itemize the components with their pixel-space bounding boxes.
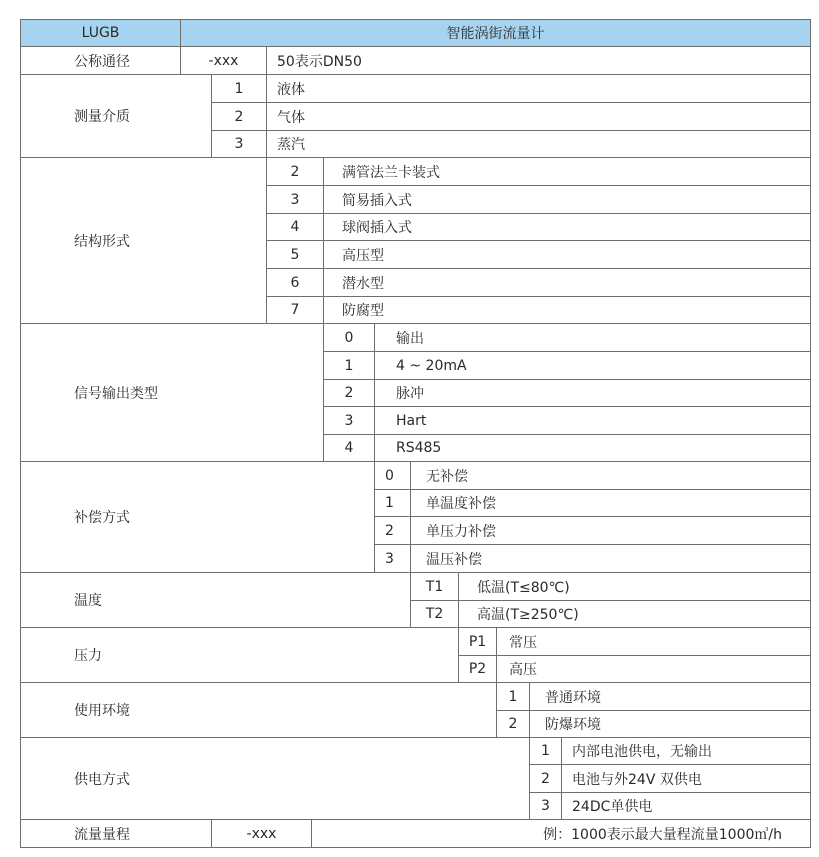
structure-label-cell: 结构形式 (20, 157, 267, 324)
medium-label: 测量介质 (74, 106, 130, 126)
code: 0 (345, 330, 354, 346)
option-text: 单压力补偿 (426, 521, 496, 541)
temperature-code-t2: T2 (410, 600, 459, 628)
flow-range-label-cell: 流量量程 (20, 819, 212, 848)
option-text: 低温(T≤80℃) (477, 577, 570, 597)
compensation-label-cell: 补偿方式 (20, 461, 375, 573)
header-title: 智能涡街流量计 (447, 23, 545, 43)
compensation-option-3: 温压补偿 (410, 544, 811, 573)
environment-option-1: 普通环境 (529, 682, 811, 711)
compensation-option-1: 单温度补偿 (410, 489, 811, 517)
signal-code-4: 4 (323, 434, 375, 462)
code: 2 (235, 109, 244, 125)
signal-output-label-cell: 信号输出类型 (20, 323, 324, 462)
medium-code-3: 3 (211, 130, 267, 158)
option-text: 高压 (509, 659, 537, 679)
environment-code-1: 1 (496, 682, 530, 711)
code: 1 (345, 358, 354, 374)
signal-option-1: 4 ~ 20mA (374, 351, 811, 380)
flow-range-desc: 例：1000表示最大量程流量1000㎥/h (543, 824, 782, 844)
pressure-label: 压力 (74, 645, 102, 665)
signal-option-0: 输出 (374, 323, 811, 352)
power-option-1: 内部电池供电，无输出 (561, 737, 811, 765)
structure-option-7: 防腐型 (323, 296, 811, 324)
structure-code-2: 2 (266, 157, 324, 186)
option-text: 无补偿 (426, 466, 468, 486)
code: 2 (291, 164, 300, 180)
nominal-diameter-desc: 50表示DN50 (277, 51, 362, 71)
option-text: 高温(T≥250℃) (477, 604, 579, 624)
signal-code-3: 3 (323, 406, 375, 435)
structure-option-4: 球阀插入式 (323, 213, 811, 241)
code: 4 (291, 219, 300, 235)
structure-option-5: 高压型 (323, 240, 811, 269)
option-text: 脉冲 (396, 383, 424, 403)
code: 1 (235, 81, 244, 97)
structure-option-3: 简易插入式 (323, 185, 811, 214)
code: 1 (509, 689, 518, 705)
pressure-code-p1: P1 (458, 627, 497, 656)
medium-option-3: 蒸汽 (266, 130, 811, 158)
option-text: 气体 (277, 107, 305, 127)
option-text: 内部电池供电，无输出 (572, 741, 712, 761)
code: 3 (345, 413, 354, 429)
power-supply-label-cell: 供电方式 (20, 737, 530, 820)
temperature-label: 温度 (74, 590, 102, 610)
code: 3 (235, 136, 244, 152)
option-text: 防腐型 (342, 300, 384, 320)
code: 1 (541, 743, 550, 759)
nominal-diameter-label-cell: 公称通径 (20, 46, 181, 75)
code: 1 (385, 495, 394, 511)
signal-output-label: 信号输出类型 (74, 383, 158, 403)
structure-label: 结构形式 (74, 231, 130, 251)
environment-label: 使用环境 (74, 700, 130, 720)
medium-label-cell: 测量介质 (20, 74, 212, 158)
option-text: 蒸汽 (277, 134, 305, 154)
structure-code-4: 4 (266, 213, 324, 241)
header-model-cell: LUGB (20, 19, 181, 47)
compensation-label: 补偿方式 (74, 507, 130, 527)
option-text: 潜水型 (342, 273, 384, 293)
option-text: 简易插入式 (342, 190, 412, 210)
signal-code-0: 0 (323, 323, 375, 352)
nominal-diameter-label: 公称通径 (74, 51, 130, 71)
option-text: 普通环境 (545, 687, 601, 707)
option-text: 球阀插入式 (342, 217, 412, 237)
medium-code-1: 1 (211, 74, 267, 103)
power-code-2: 2 (529, 764, 562, 793)
option-text: Hart (396, 413, 426, 429)
power-option-3: 24DC单供电 (561, 792, 811, 820)
structure-option-2: 满管法兰卡装式 (323, 157, 811, 186)
header-title-cell: 智能涡街流量计 (180, 19, 811, 47)
medium-option-1: 液体 (266, 74, 811, 103)
structure-option-6: 潜水型 (323, 268, 811, 297)
compensation-code-0: 0 (374, 461, 411, 490)
flow-range-code: -xxx (247, 826, 277, 842)
code: 3 (385, 551, 394, 567)
code: 2 (345, 385, 354, 401)
flow-range-desc-cell: 例：1000表示最大量程流量1000㎥/h (311, 819, 811, 848)
option-text: 高压型 (342, 245, 384, 265)
code: P2 (469, 661, 486, 677)
model-selection-table: LUGB 智能涡街流量计 公称通径 -xxx 50表示DN50 测量介质 1 液… (21, 20, 811, 848)
code: 2 (509, 716, 518, 732)
option-text: 满管法兰卡装式 (342, 162, 440, 182)
power-supply-label: 供电方式 (74, 769, 130, 789)
flow-range-code-cell: -xxx (211, 819, 312, 848)
code: 2 (385, 523, 394, 539)
pressure-option-p1: 常压 (496, 627, 811, 656)
compensation-option-0: 无补偿 (410, 461, 811, 490)
code: 3 (291, 192, 300, 208)
power-option-2: 电池与外24V 双供电 (561, 764, 811, 793)
pressure-code-p2: P2 (458, 655, 497, 683)
environment-code-2: 2 (496, 710, 530, 738)
option-text: 温压补偿 (426, 549, 482, 569)
temperature-option-t2: 高温(T≥250℃) (458, 600, 811, 628)
environment-option-2: 防爆环境 (529, 710, 811, 738)
pressure-option-p2: 高压 (496, 655, 811, 683)
code: 0 (385, 468, 394, 484)
power-code-3: 3 (529, 792, 562, 820)
structure-code-5: 5 (266, 240, 324, 269)
structure-code-7: 7 (266, 296, 324, 324)
option-text: 常压 (509, 632, 537, 652)
signal-code-2: 2 (323, 379, 375, 407)
code: T1 (426, 579, 443, 595)
flow-range-label: 流量量程 (74, 824, 130, 844)
temperature-code-t1: T1 (410, 572, 459, 601)
signal-option-2: 脉冲 (374, 379, 811, 407)
code: T2 (426, 606, 443, 622)
code: 4 (345, 440, 354, 456)
option-text: 单温度补偿 (426, 493, 496, 513)
compensation-code-1: 1 (374, 489, 411, 517)
compensation-code-2: 2 (374, 516, 411, 545)
option-text: 液体 (277, 79, 305, 99)
code: 2 (541, 771, 550, 787)
option-text: RS485 (396, 440, 441, 456)
pressure-label-cell: 压力 (20, 627, 459, 683)
option-text: 防爆环境 (545, 714, 601, 734)
signal-option-4: RS485 (374, 434, 811, 462)
option-text: 电池与外24V 双供电 (572, 769, 702, 789)
compensation-code-3: 3 (374, 544, 411, 573)
compensation-option-2: 单压力补偿 (410, 516, 811, 545)
structure-code-3: 3 (266, 185, 324, 214)
code: P1 (469, 634, 486, 650)
power-code-1: 1 (529, 737, 562, 765)
header-model: LUGB (82, 25, 120, 41)
temperature-label-cell: 温度 (20, 572, 411, 628)
option-text: 4 ~ 20mA (396, 358, 467, 374)
nominal-diameter-code: -xxx (209, 53, 239, 69)
code: 3 (541, 798, 550, 814)
nominal-diameter-desc-cell: 50表示DN50 (266, 46, 811, 75)
signal-option-3: Hart (374, 406, 811, 435)
environment-label-cell: 使用环境 (20, 682, 497, 738)
nominal-diameter-code-cell: -xxx (180, 46, 267, 75)
structure-code-6: 6 (266, 268, 324, 297)
signal-code-1: 1 (323, 351, 375, 380)
option-text: 24DC单供电 (572, 796, 652, 816)
temperature-option-t1: 低温(T≤80℃) (458, 572, 811, 601)
code: 7 (291, 302, 300, 318)
medium-code-2: 2 (211, 102, 267, 131)
medium-option-2: 气体 (266, 102, 811, 131)
code: 6 (291, 275, 300, 291)
option-text: 输出 (396, 328, 424, 348)
code: 5 (291, 247, 300, 263)
